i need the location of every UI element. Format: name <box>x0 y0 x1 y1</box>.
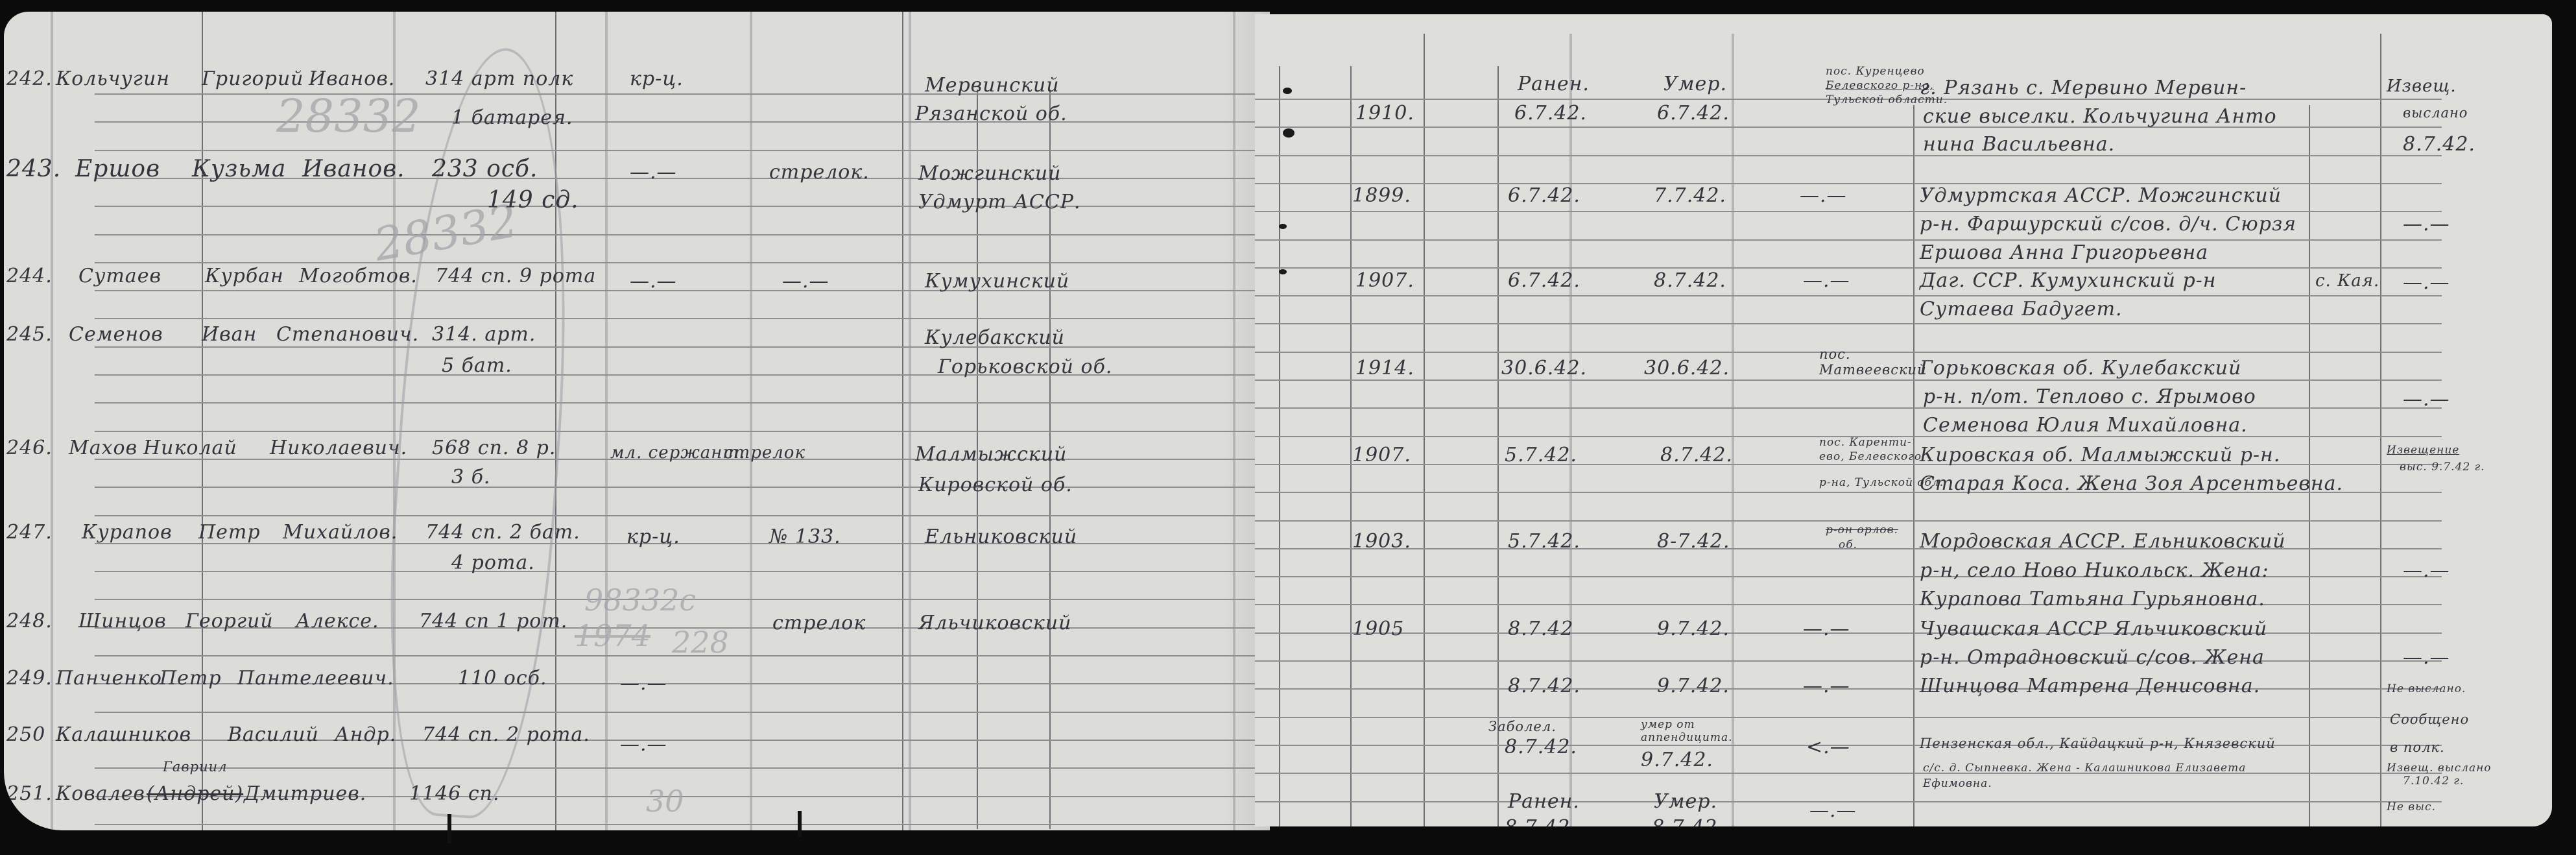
entry-burial: —.— <box>1800 184 1847 207</box>
column-divider-kin-inner <box>2309 105 2310 826</box>
entry-illness-label: Заболел. <box>1488 719 1556 734</box>
ruled-line <box>95 431 1256 432</box>
entry-kin-address-line3: Ефимовна. <box>1923 777 1992 790</box>
entry-surname: Ершов <box>75 156 160 182</box>
entry-surname: Шинцов <box>78 610 167 632</box>
entry-burial: пос. Куренцево <box>1826 65 1925 78</box>
ruled-line <box>95 93 1256 95</box>
entry-unit: 314. арт. <box>432 323 536 346</box>
column-divider-district-2 <box>909 12 911 830</box>
entry-note-line2: в полк. <box>2390 740 2445 755</box>
ruled-line <box>95 234 1256 235</box>
entry-died-date: 8.7.42. <box>1654 269 1726 292</box>
entry-wounded-date: 8.7.42. <box>1505 816 1577 826</box>
ruled-line <box>1255 155 2442 156</box>
entry-kin-address-line2: Сутаева Бадугет. <box>1920 298 2123 320</box>
entry-position: —.— <box>782 270 829 293</box>
entry-number: 247. <box>6 521 53 544</box>
entry-first-name: Григорий <box>202 67 304 90</box>
entry-surname: Сутаев <box>78 265 161 287</box>
pencil-archive-number: 228 <box>672 625 729 660</box>
ruled-line <box>95 487 1256 488</box>
entry-surname: Махов <box>69 437 137 459</box>
entry-patronymic: Дмитриев. <box>244 782 366 805</box>
entry-burial-line2: ево, Белевского <box>1819 450 1922 463</box>
entry-first-name: (Андрей) <box>147 782 243 805</box>
entry-note: Извещ. <box>2387 77 2457 96</box>
status-wounded-label: Ранен. <box>1518 73 1590 95</box>
margin-line <box>51 12 53 830</box>
entry-number: 242. <box>6 67 53 90</box>
entry-kin-address-line2: р-н. п/от. Теплово с. Ярымово <box>1923 385 2256 408</box>
status-died-label: Умер. <box>1654 790 1717 813</box>
entry-birth-year: 1914. <box>1355 357 1414 379</box>
entry-number: 251. <box>6 782 53 805</box>
entry-died-date: 30.6.42. <box>1644 357 1730 379</box>
entry-rank: кр-ц. <box>630 67 684 90</box>
column-divider-burial <box>1732 34 1734 826</box>
ledger-spread: 28332 28332 98332с 1974 228 30 242. Коль… <box>0 0 2576 855</box>
entry-kin-address: Мордовская АССР. Ельниковский <box>1920 530 2286 553</box>
entry-wounded-date: 8.7.42. <box>1508 675 1580 697</box>
entry-note: Не выс. <box>2387 801 2436 813</box>
entry-birth-region: Кировской об. <box>918 474 1073 496</box>
ruled-line <box>1255 773 2442 774</box>
entry-birth-district: Яльчиковский <box>918 612 1071 634</box>
entry-unit: 744 сп. 9 рота <box>435 265 596 287</box>
entry-surname: Кольчугин <box>56 67 170 90</box>
entry-surname: Калашников <box>56 723 191 746</box>
ruled-line <box>95 824 1256 825</box>
entry-first-name: Петр <box>198 521 261 544</box>
ink-spot <box>1283 88 1292 94</box>
entry-burial: —.— <box>1803 618 1850 640</box>
ruled-line <box>95 515 1256 516</box>
entry-burial: —.— <box>1809 799 1857 822</box>
entry-burial: —.— <box>1803 269 1850 292</box>
entry-cause-of-death: умер от аппендицита. <box>1641 718 1738 744</box>
entry-unit: 233 осб. <box>432 156 538 182</box>
entry-birth-region: Рязанской об. <box>915 102 1067 125</box>
column-divider-district <box>902 12 903 830</box>
entry-unit: 568 сп. 8 р. <box>432 437 556 459</box>
entry-patronymic: Пантелеевич. <box>237 667 394 690</box>
entry-position: стрелок <box>772 612 866 634</box>
entry-number: 243. <box>6 156 61 182</box>
entry-number: 248. <box>6 610 53 632</box>
entry-wounded-date: 6.7.42. <box>1514 102 1587 125</box>
entry-died-date: 6.7.42. <box>1657 102 1730 125</box>
entry-wounded-date: 6.7.42. <box>1508 269 1580 292</box>
entry-died-date: 9.7.42. <box>1641 749 1713 771</box>
column-divider-rank <box>605 12 608 830</box>
entry-birth-year: 1899. <box>1352 184 1411 207</box>
ink-spot <box>1283 128 1294 138</box>
entry-note-line3: 8.7.42. <box>2403 133 2475 156</box>
ruled-line <box>95 262 1256 263</box>
entry-rank: кр-ц. <box>626 525 680 548</box>
ink-spot <box>1279 224 1287 229</box>
entry-birth-region: Горьковской об. <box>938 355 1112 378</box>
entry-position: стрелок. <box>769 161 870 184</box>
entry-note: —.— <box>2403 271 2450 294</box>
entry-kin-address: г. Рязань с. Мервино Мервин- <box>1920 77 2247 99</box>
entry-kin-address: Кировская об. Малмыжский р-н. <box>1920 444 2280 466</box>
entry-burial-line2: Матвеевский <box>1819 362 1927 378</box>
ruled-line <box>95 767 1256 769</box>
entry-unit-line2: 149 сд. <box>487 187 579 213</box>
entry-birth-district: Ельниковский <box>925 525 1077 548</box>
entry-wounded-date: 5.7.42. <box>1508 530 1580 553</box>
entry-birth-year: 1910. <box>1355 102 1414 125</box>
entry-note: Извещение <box>2387 444 2459 457</box>
ruled-line <box>1255 211 2442 212</box>
entry-kin-address-line2: с/с. д. Сыпневка. Жена - Калашникова Ели… <box>1923 762 2246 775</box>
entry-birth-district: Кумухинский <box>925 270 1069 293</box>
ruled-line <box>1255 323 2442 324</box>
entry-surname: Ковалев <box>56 782 145 805</box>
entry-burial-line2: Белевского р-на, <box>1826 79 1934 92</box>
ruled-line <box>95 712 1256 713</box>
column-divider-kin <box>1913 105 1914 826</box>
entry-birth-district: Кулебакский <box>925 326 1065 349</box>
entry-unit: 314 арт полк <box>425 67 573 90</box>
entry-first-name: Кузьма <box>192 156 286 182</box>
entry-patronymic: Могобтов. <box>299 265 418 287</box>
column-divider-name <box>202 12 203 830</box>
entry-birth-year: 1905 <box>1352 618 1404 640</box>
entry-died-date: 7.7.42. <box>1654 184 1726 207</box>
ruled-line <box>95 318 1256 319</box>
column-divider-position <box>750 12 752 830</box>
entry-patronymic: Николаевич. <box>270 437 407 459</box>
entry-died-date: 9.7.42. <box>1657 675 1730 697</box>
entry-first-name: Георгий <box>185 610 274 632</box>
pencil-archive-number: 98332с <box>584 583 696 618</box>
entry-died-date: 9.7.42. <box>1657 618 1730 640</box>
ruled-line <box>1255 717 2442 718</box>
entry-birth-year: 1907. <box>1355 269 1414 292</box>
entry-rank: —.— <box>620 672 667 695</box>
entry-note: —.— <box>2403 559 2450 582</box>
entry-unit: 110 осб. <box>458 667 547 690</box>
entry-patronymic: Иванов. <box>302 156 405 182</box>
entry-first-name: Петр <box>160 667 222 690</box>
entry-first-name: Николай <box>143 437 237 459</box>
entry-wounded-date: 6.7.42. <box>1508 184 1580 207</box>
entry-wounded-date: 5.7.42. <box>1505 444 1577 466</box>
entry-birth-year: 1903. <box>1352 530 1411 553</box>
entry-kin-address-line3: Шинцова Матрена Денисовна. <box>1920 675 2260 697</box>
ruled-line <box>1255 239 2442 241</box>
status-wounded-label: Ранен. <box>1508 790 1580 813</box>
entry-position: стрелок <box>724 443 805 463</box>
entry-unit-line2: 5 бат. <box>442 354 512 377</box>
entry-first-name-correction: Гавриил <box>163 759 228 775</box>
entry-unit: 744 сп 1 рот. <box>419 610 567 632</box>
ruled-line <box>95 150 1256 151</box>
entry-burial: —.— <box>1803 675 1850 697</box>
entry-kin-address-line2: р-н. Отрадновский с/сов. Жена <box>1920 646 2265 669</box>
entry-patronymic: Михайлов. <box>283 521 398 544</box>
pencil-archive-number: 1974 <box>575 618 650 653</box>
right-page: Ранен. Умер. 1910. 6.7.42. 6.7.42. пос. … <box>1255 14 2552 826</box>
entry-unit: 744 сп. 2 рота. <box>422 723 590 746</box>
entry-died-date: 8-7.42. <box>1657 530 1730 553</box>
entry-number: 244. <box>6 265 53 287</box>
entry-kin-address: Даг. ССР. Кумухинский р-н <box>1920 269 2217 292</box>
entry-patronymic: Иванов. <box>309 67 395 90</box>
pencil-archive-number: 28332 <box>276 90 421 143</box>
entry-note-line2: выслано <box>2403 105 2468 121</box>
entry-wounded-date: 30.6.42. <box>1501 357 1587 379</box>
entry-burial: р-он орлов. <box>1826 524 1898 536</box>
entry-rank: —.— <box>630 161 677 184</box>
ruled-line <box>95 206 1256 207</box>
entry-first-name: Василий <box>228 723 319 746</box>
paper-tear <box>447 814 451 843</box>
ruled-line <box>95 402 1256 403</box>
pencil-archive-number: 30 <box>646 784 684 819</box>
entry-note-line3: Извещ. выслано <box>2387 762 2492 775</box>
entry-first-name: Курбан <box>205 265 284 287</box>
column-divider-year-left <box>1279 66 1280 826</box>
entry-kin-address-line2: ские выселки. Кольчугина Анто <box>1923 105 2277 128</box>
entry-kin-village: с. Кая. <box>2315 271 2379 291</box>
entry-kin-address-line2: Старая Коса. Жена Зоя Арсентьевна. <box>1920 472 2343 495</box>
entry-birth-district: Малмыжский <box>915 443 1067 466</box>
entry-note: Сообщено <box>2390 712 2469 727</box>
entry-kin-address-line3: Семенова Юлия Михайловна. <box>1923 414 2248 437</box>
entry-kin-address-line3: нина Васильевна. <box>1923 133 2115 156</box>
entry-first-name: Иван <box>202 323 257 346</box>
ruled-line <box>95 346 1256 348</box>
entry-kin-address: Пензенская обл., Кайдацкий р-н, Князевск… <box>1920 736 2276 751</box>
column-divider-wounded <box>1497 66 1499 826</box>
entry-died-date: 8.7.42. <box>1652 816 1724 826</box>
entry-note: Не выслано. <box>2387 682 2466 695</box>
ruled-line <box>1255 407 2442 409</box>
entry-kin-address-line2: р-н, село Ново Никольск. Жена: <box>1920 559 2269 582</box>
entry-died-date: 8.7.42. <box>1660 444 1733 466</box>
ink-spot <box>1279 269 1287 274</box>
entry-kin-address-line3: Ершова Анна Григорьевна <box>1920 241 2208 264</box>
entry-patronymic: Алексе. <box>296 610 379 632</box>
paper-tear <box>798 811 802 837</box>
entry-unit: 1146 сп. <box>409 782 500 805</box>
entry-surname: Курапов <box>82 521 173 544</box>
entry-wounded-date: 8.7.42 <box>1508 618 1573 640</box>
entry-unit-line2: 3 б. <box>451 466 490 488</box>
entry-kin-address: Удмуртская АССР. Можгинский <box>1920 184 2282 207</box>
entry-birth-district: Можгинский <box>918 162 1061 185</box>
entry-unit: 744 сп. 2 бат. <box>425 521 580 544</box>
entry-unit-line2: 1 батарея. <box>451 106 573 129</box>
left-page: 28332 28332 98332с 1974 228 30 242. Коль… <box>4 12 1270 830</box>
entry-kin-address-line2: р-н. Фаршурский с/сов. д/ч. Сюрзя <box>1920 213 2296 235</box>
column-divider-year-right <box>1424 34 1425 826</box>
column-divider-notes <box>2380 34 2381 826</box>
column-divider-year <box>1350 66 1352 826</box>
status-died-label: Умер. <box>1664 73 1727 95</box>
page-edge-line <box>1233 12 1235 830</box>
entry-note: —.— <box>2403 388 2450 411</box>
entry-number: 250 <box>6 723 45 746</box>
entry-rank: —.— <box>630 270 677 293</box>
ruled-line <box>95 571 1256 572</box>
entry-kin-address: Чувашская АССР Яльчиковский <box>1920 618 2267 640</box>
entry-birth-district: Мервинский <box>925 74 1060 97</box>
ruled-line <box>1255 520 2442 522</box>
entry-rank: —.— <box>620 733 667 756</box>
ruled-line <box>95 121 1256 123</box>
entry-burial: пос. Каренти- <box>1819 436 1912 449</box>
entry-wounded-date: 8.7.42. <box>1505 736 1577 758</box>
entry-position: № 133. <box>769 525 841 548</box>
entry-patronymic: Андр. <box>335 723 396 746</box>
entry-surname: Панченко <box>56 667 162 690</box>
entry-burial-line2: об. <box>1839 538 1857 551</box>
ruled-line <box>1255 267 2442 269</box>
entry-burial: <.— <box>1806 736 1850 758</box>
entry-kin-address-line3: Курапова Татьяна Гурьяновна. <box>1920 588 2265 610</box>
entry-note-line4: 7.10.42 г. <box>2403 775 2464 788</box>
entry-kin-address: Горьковская об. Кулебакский <box>1920 357 2241 379</box>
entry-birth-year: 1907. <box>1352 444 1411 466</box>
entry-number: 245. <box>6 323 53 346</box>
entry-note: —.— <box>2403 646 2450 669</box>
entry-number: 246. <box>6 437 53 459</box>
entry-surname: Семенов <box>69 323 163 346</box>
ruled-line <box>1255 295 2442 296</box>
column-divider-died <box>1569 34 1572 826</box>
entry-birth-region: Удмурт АССР. <box>918 191 1081 213</box>
entry-note-line2: выс. 9.7.42 г. <box>2400 461 2485 474</box>
entry-number: 249. <box>6 667 53 690</box>
entry-unit-line2: 4 рота. <box>451 551 535 574</box>
entry-patronymic: Степанович. <box>276 323 419 346</box>
ruled-line <box>1255 379 2442 381</box>
entry-note: —.— <box>2403 213 2450 235</box>
entry-burial: пос. <box>1819 346 1851 362</box>
